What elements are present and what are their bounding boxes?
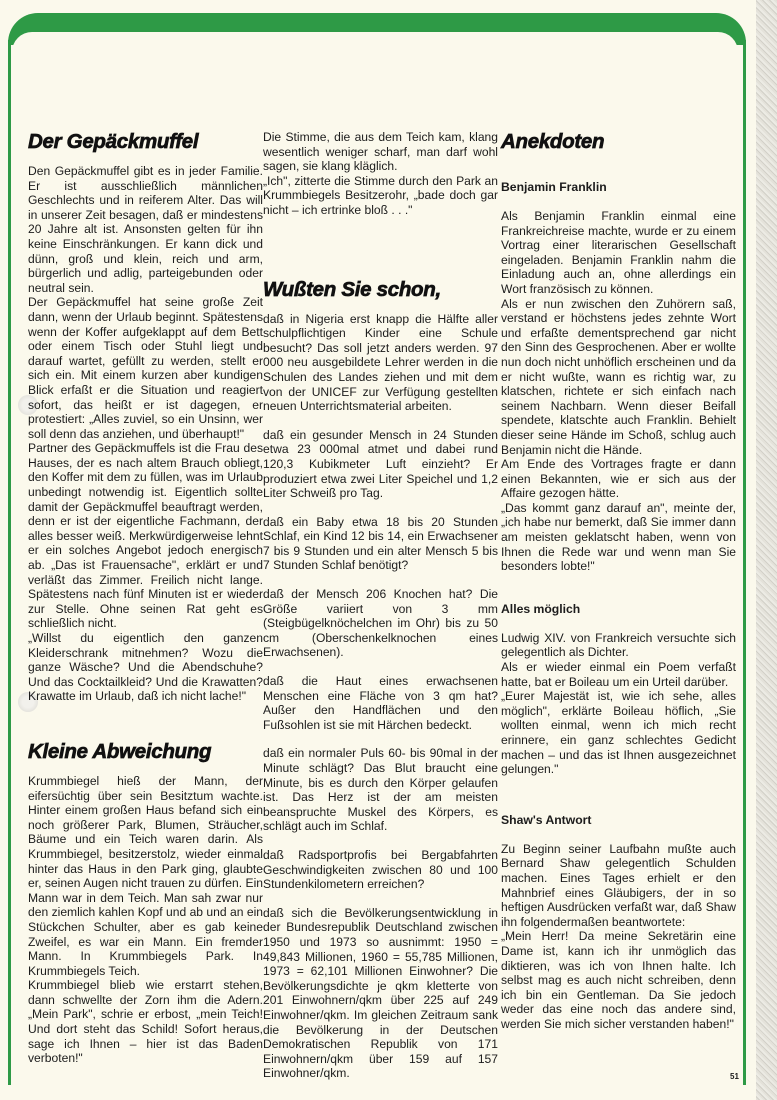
- paragraph: Am Ende des Vortrages fragte er dann ein…: [501, 457, 736, 501]
- story-heading-franklin: Benjamin Franklin: [501, 180, 736, 195]
- paragraph: „Willst du eigentlich den ganzen Kleider…: [28, 631, 263, 704]
- page-number: 51: [730, 1072, 739, 1081]
- frame-inner-cutout: [12, 32, 738, 56]
- fact-item: daß ein gesunder Mensch in 24 Stunden et…: [263, 428, 498, 501]
- green-frame-right-line: [743, 40, 746, 1085]
- paragraph: „Mein Herr! Da meine Sekretärin eine Dam…: [501, 929, 736, 1031]
- green-frame-left-line: [8, 40, 11, 1085]
- paragraph: Ludwig XIV. von Frankreich versuchte sic…: [501, 631, 736, 660]
- fact-item: daß sich die Bevölkerungsentwicklung in …: [263, 906, 498, 1081]
- article-title-gepaeckmuffel: Der Gepäckmuffel: [28, 130, 263, 154]
- paragraph: Die Stimme, die aus dem Teich kam, klang…: [263, 130, 498, 174]
- article-title-anekdoten: Anekdoten: [501, 130, 736, 154]
- article-title-wussten-sie-schon: Wußten Sie schon,: [263, 278, 498, 302]
- fact-item: daß in Nigeria erst knapp die Hälfte all…: [263, 312, 498, 414]
- column-2: Die Stimme, die aus dem Teich kam, klang…: [263, 130, 498, 1081]
- paragraph: Zu Beginn seiner Laufbahn mußte auch Ber…: [501, 842, 736, 930]
- paragraph: Als er wieder einmal ein Poem verfaßt ha…: [501, 660, 736, 689]
- article-title-kleine-abweichung: Kleine Abweichung: [28, 740, 263, 764]
- paragraph: Als er nun zwischen den Zuhörern saß, ve…: [501, 297, 736, 458]
- fact-item: daß die Haut eines erwachsenen Menschen …: [263, 674, 498, 732]
- paragraph: Den Gepäckmuffel gibt es in jeder Famili…: [28, 164, 263, 295]
- story-heading-shaws-antwort: Shaw's Antwort: [501, 813, 736, 828]
- paragraph: Krummbiegel hieß der Mann, der eifersüch…: [28, 774, 263, 978]
- paragraph: Als Benjamin Franklin einmal eine Frankr…: [501, 209, 736, 297]
- fact-item: daß der Mensch 206 Knochen hat? Die Größ…: [263, 587, 498, 660]
- fact-item: daß Radsportprofis bei Bergabfahrten Ges…: [263, 848, 498, 892]
- paragraph: „Das kommt ganz darauf an", meinte der, …: [501, 501, 736, 574]
- paragraph: Der Gepäckmuffel hat seine große Zeit da…: [28, 295, 263, 441]
- paragraph: „Ich", zitterte die Stimme durch den Par…: [263, 174, 498, 218]
- paragraph: Krummbiegel blieb wie erstarrt stehen, d…: [28, 978, 263, 1066]
- column-3: Anekdoten Benjamin Franklin Als Benjamin…: [501, 130, 736, 1032]
- paragraph: „Eurer Majestät ist, wie ich sehe, alles…: [501, 689, 736, 777]
- fact-item: daß ein normaler Puls 60- bis 90mal in d…: [263, 746, 498, 834]
- column-1: Der Gepäckmuffel Den Gepäckmuffel gibt e…: [28, 130, 263, 1066]
- page-edge-texture: [756, 0, 777, 1100]
- story-heading-alles-moeglich: Alles möglich: [501, 602, 736, 617]
- fact-item: daß ein Baby etwa 18 bis 20 Stunden Schl…: [263, 515, 498, 573]
- paragraph: Partner des Gepäckmuffels ist die Frau d…: [28, 441, 263, 631]
